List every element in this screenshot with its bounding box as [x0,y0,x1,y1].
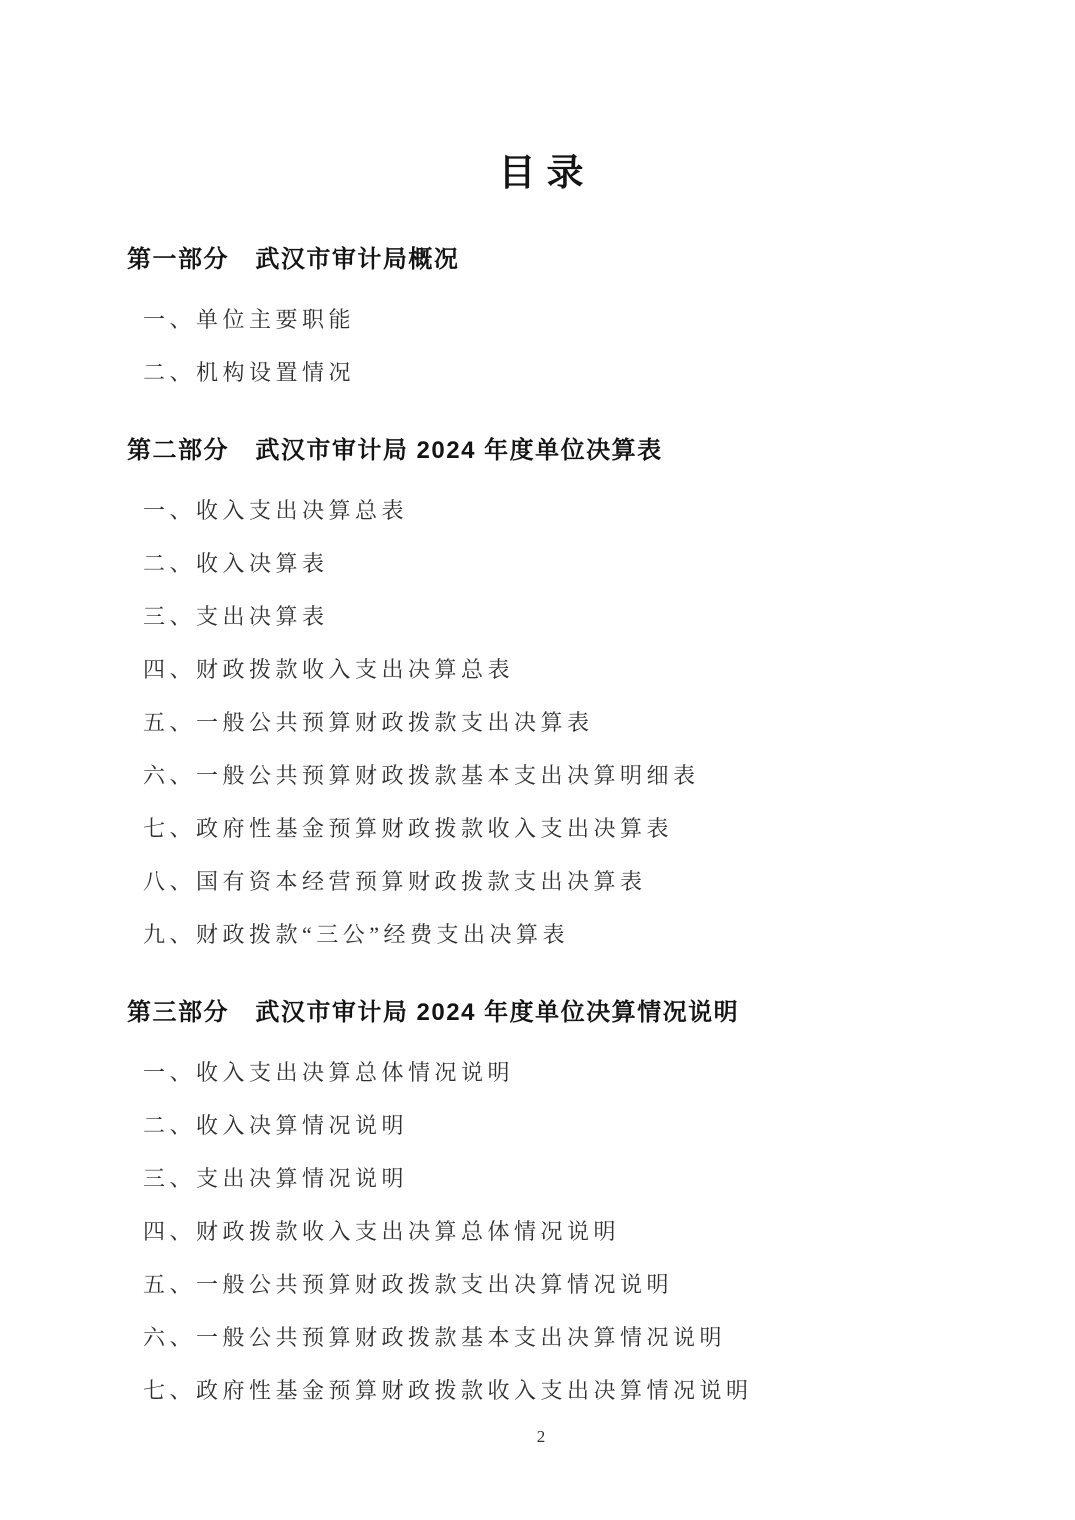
toc-section-part2: 第二部分武汉市审计局 2024 年度单位决算表 一、收入支出决算总表 二、收入决… [127,435,955,949]
page-number: 2 [127,1427,955,1447]
toc-item: 七、政府性基金预算财政拨款收入支出决算情况说明 [143,1377,955,1405]
toc-section-part1: 第一部分武汉市审计局概况 一、单位主要职能 二、机构设置情况 [127,244,955,387]
toc-item: 一、收入支出决算总体情况说明 [143,1059,955,1087]
section-label: 第三部分 [127,999,229,1026]
toc-item: 一、单位主要职能 [143,306,955,334]
toc-item: 三、支出决算情况说明 [143,1165,955,1193]
toc-item: 八、国有资本经营预算财政拨款支出决算表 [143,868,955,896]
section-title: 武汉市审计局 2024 年度单位决算表 [255,437,662,464]
section-label: 第一部分 [127,246,229,273]
toc-item: 七、政府性基金预算财政拨款收入支出决算表 [143,815,955,843]
toc-item: 二、机构设置情况 [143,359,955,387]
toc-item: 二、收入决算表 [143,550,955,578]
section-label: 第二部分 [127,437,229,464]
toc-item: 三、支出决算表 [143,603,955,631]
toc-item: 五、一般公共预算财政拨款支出决算表 [143,709,955,737]
toc-item: 六、一般公共预算财政拨款基本支出决算明细表 [143,762,955,790]
section-title: 武汉市审计局 2024 年度单位决算情况说明 [255,999,739,1026]
toc-item: 六、一般公共预算财政拨款基本支出决算情况说明 [143,1324,955,1352]
section-title: 武汉市审计局概况 [255,246,459,273]
toc-list: 一、单位主要职能 二、机构设置情况 [127,306,955,387]
toc-item: 二、收入决算情况说明 [143,1112,955,1140]
toc-item: 四、财政拨款收入支出决算总表 [143,656,955,684]
document-page: 目录 第一部分武汉市审计局概况 一、单位主要职能 二、机构设置情况 第二部分武汉… [0,0,1075,1520]
section-heading: 第二部分武汉市审计局 2024 年度单位决算表 [127,435,955,467]
section-heading: 第三部分武汉市审计局 2024 年度单位决算情况说明 [127,997,955,1029]
toc-list: 一、收入支出决算总体情况说明 二、收入决算情况说明 三、支出决算情况说明 四、财… [127,1059,955,1405]
toc-list: 一、收入支出决算总表 二、收入决算表 三、支出决算表 四、财政拨款收入支出决算总… [127,497,955,949]
toc-item: 四、财政拨款收入支出决算总体情况说明 [143,1218,955,1246]
toc-item: 一、收入支出决算总表 [143,497,955,525]
page-title: 目录 [127,150,955,196]
section-heading: 第一部分武汉市审计局概况 [127,244,955,276]
toc-section-part3: 第三部分武汉市审计局 2024 年度单位决算情况说明 一、收入支出决算总体情况说… [127,997,955,1405]
toc-item: 五、一般公共预算财政拨款支出决算情况说明 [143,1271,955,1299]
toc-item: 九、财政拨款“三公”经费支出决算表 [143,921,955,949]
